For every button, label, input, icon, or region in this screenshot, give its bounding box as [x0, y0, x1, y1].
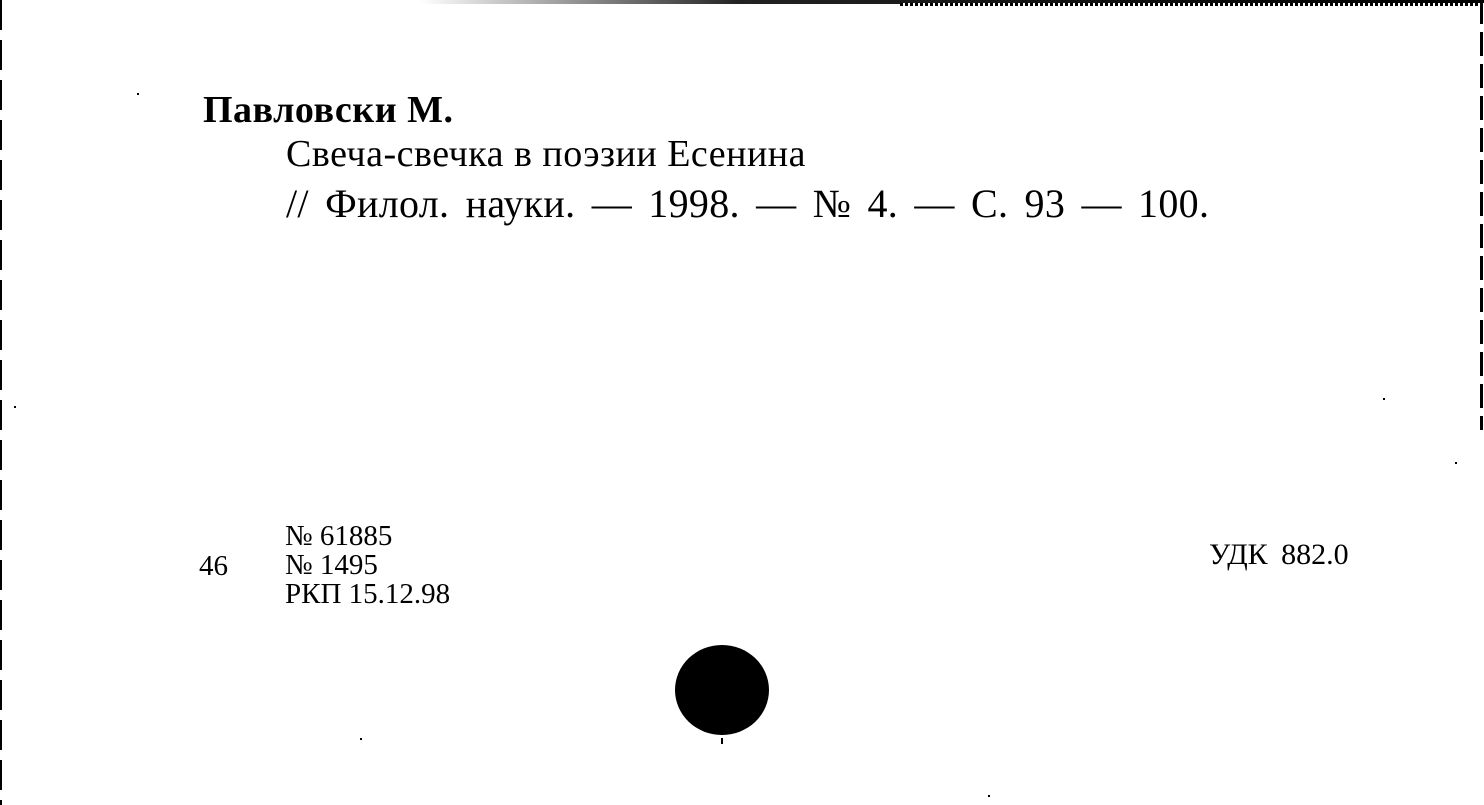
- scan-edge-top-texture: [900, 3, 1484, 6]
- udc-code: УДК 882.0: [1209, 538, 1349, 572]
- punch-hole: [675, 645, 769, 735]
- accession-number: № 61885: [285, 522, 450, 551]
- scan-speck: [988, 795, 990, 797]
- accession-info: № 61885 № 1495 РКП 15.12.98: [285, 522, 450, 609]
- registration-number: № 1495: [285, 551, 450, 580]
- scan-speck: [14, 406, 16, 408]
- article-title: Свеча-свечка в поэзии Есенина: [286, 132, 806, 176]
- record-date: РКП 15.12.98: [285, 580, 450, 609]
- scan-edge-left: [0, 0, 2, 805]
- scan-edge-right: [1480, 0, 1483, 430]
- scan-speck: [360, 738, 362, 740]
- scan-speck: [137, 93, 139, 95]
- scan-speck: [721, 738, 723, 744]
- source-citation: // Филол. науки. — 1998. — № 4. — С. 93 …: [286, 180, 1209, 227]
- scan-speck: [1455, 462, 1457, 464]
- author-name: Павловски М.: [203, 88, 453, 132]
- scan-speck: [1383, 398, 1385, 400]
- shelf-number: 46: [199, 550, 228, 583]
- catalog-card: Павловски М. Свеча-свечка в поэзии Есени…: [0, 0, 1484, 805]
